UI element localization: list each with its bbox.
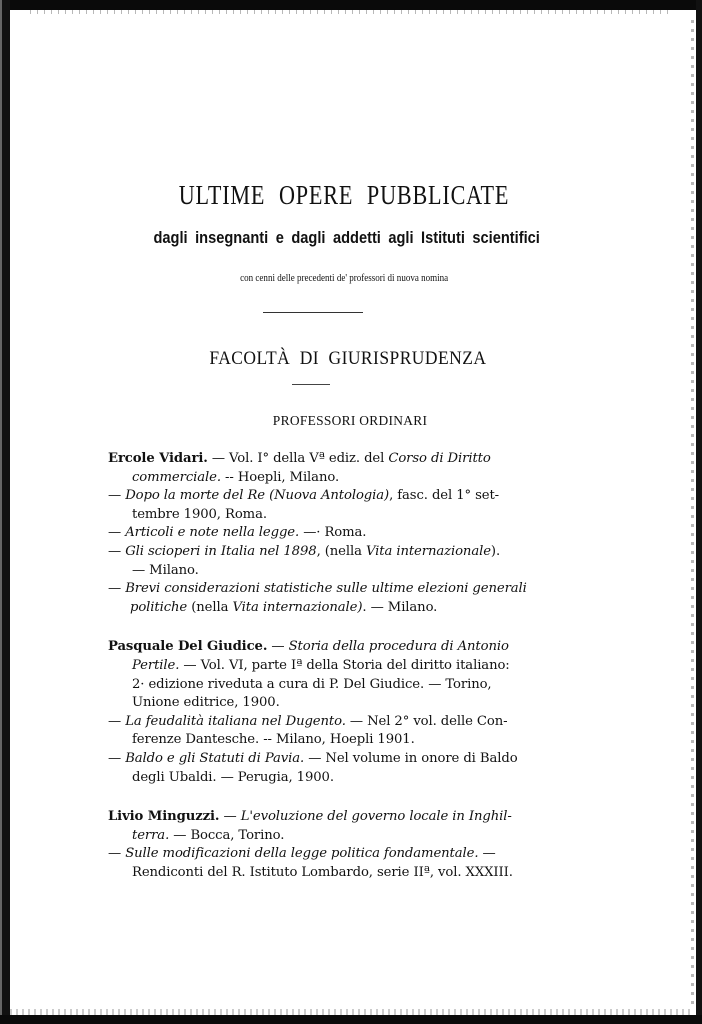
entry-line: 2· edizione riveduta a cura di P. Del Gi… [108, 676, 524, 695]
entry-line: — Brevi considerazioni statistiche sulle… [108, 580, 524, 599]
work-title: La feudalità italiana nel Dugento. [125, 714, 346, 729]
text-run: — [108, 525, 125, 540]
text-run: degli Ubaldi. — Perugia, 1900. [132, 770, 334, 785]
work-title: Dopo la morte del Re (Nuova Antologia) [125, 488, 389, 503]
entry-line: — La feudalità italiana nel Dugento. — N… [108, 713, 524, 732]
entry-line: — Milano. [108, 562, 524, 581]
text-run: — [267, 639, 288, 654]
text-run: (nella [187, 600, 232, 615]
scan-border-right [696, 0, 702, 1024]
divider-rule-short [292, 384, 330, 385]
entry-line: Pertile. — Vol. VI, parte Iª della Stori… [108, 657, 524, 676]
faculty-heading: FACOLTÀ DI GIURISPRUDENZA [25, 348, 671, 370]
text-run: , (nella [317, 544, 366, 559]
entry-line: ferenze Dantesche. -- Milano, Hoepli 190… [108, 731, 524, 750]
work-title: Brevi considerazioni statistiche sulle u… [125, 581, 527, 596]
text-run: — [108, 846, 125, 861]
scan-border-left [2, 0, 10, 1024]
text-run: . — Milano. [362, 600, 437, 615]
text-run: — [108, 581, 125, 596]
entry-line: Ercole Vidari. — Vol. I° della Vª ediz. … [108, 450, 524, 469]
author-name: Livio Minguzzi. [108, 809, 219, 824]
entry-line: Livio Minguzzi. — L'evoluzione del gover… [108, 808, 524, 827]
entry-line: tembre 1900, Roma. [108, 506, 524, 525]
entry-line: — Sulle modificazioni della legge politi… [108, 845, 524, 864]
text-run: —· Roma. [299, 525, 366, 540]
text-run: — Nel 2° vol. delle Con- [346, 714, 508, 729]
author-name: Ercole Vidari. [108, 451, 208, 466]
entry-line: — Gli scioperi in Italia nel 1898, (nell… [108, 543, 524, 562]
entry-line: — Articoli e note nella legge. —· Roma. [108, 524, 524, 543]
bibliography-entry: Pasquale Del Giudice. — Storia della pro… [108, 638, 524, 787]
entry-line: politiche (nella Vita internazionale). —… [108, 599, 524, 618]
page-subtitle: dagli insegnanti e dagli addetti agli Is… [45, 228, 649, 248]
page-subnote: con cenni delle precedenti de' professor… [56, 272, 632, 284]
journal-title: Vita internazionale) [232, 600, 362, 615]
text-run: — Vol. I° della Vª ediz. del [208, 451, 389, 466]
work-title: Pertile. [132, 658, 179, 673]
text-run: -- Hoepli, Milano. [221, 470, 339, 485]
text-run: ). [491, 544, 500, 559]
text-run: , fasc. del 1° set- [389, 488, 499, 503]
author-name: Pasquale Del Giudice. [108, 639, 267, 654]
text-run: ferenze Dantesche. -- Milano, Hoepli 190… [132, 732, 415, 747]
text-run: — [219, 809, 240, 824]
work-title: terra. [132, 828, 169, 843]
text-run: — Milano. [132, 563, 199, 578]
entry-line: Pasquale Del Giudice. — Storia della pro… [108, 638, 524, 657]
journal-title: Vita internazionale [366, 544, 491, 559]
text-run: — [108, 714, 125, 729]
bibliography-entry: Livio Minguzzi. — L'evoluzione del gover… [108, 808, 524, 882]
scan-border-top [0, 0, 702, 10]
text-run: Unione editrice, 1900. [132, 695, 280, 710]
text-run: — Vol. VI, parte Iª della Storia del dir… [179, 658, 509, 673]
text-run: — Bocca, Torino. [169, 828, 284, 843]
text-run: 2· edizione riveduta a cura di P. Del Gi… [132, 677, 492, 692]
text-run: — Nel volume in onore di Baldo [304, 751, 517, 766]
page-title: ULTIME OPERE PUBBLICATE [56, 180, 632, 211]
text-run: — [108, 751, 125, 766]
work-title: Sulle modificazioni della legge politica… [125, 846, 478, 861]
entry-line: — Baldo e gli Statuti di Pavia. — Nel vo… [108, 750, 524, 769]
text-run: — [108, 544, 125, 559]
scan-speckle-top [30, 10, 670, 14]
entry-line: commerciale. -- Hoepli, Milano. [108, 469, 524, 488]
work-title: commerciale. [132, 470, 221, 485]
bibliography-list: Ercole Vidari. — Vol. I° della Vª ediz. … [108, 450, 524, 903]
text-run: — [108, 488, 125, 503]
work-title: Gli scioperi in Italia nel 1898 [125, 544, 316, 559]
entry-line: Rendiconti del R. Istituto Lombardo, ser… [108, 864, 524, 883]
divider-rule [263, 312, 363, 313]
section-heading: PROFESSORI ORDINARI [13, 414, 687, 430]
entry-line: terra. — Bocca, Torino. [108, 827, 524, 846]
text-run: Rendiconti del R. Istituto Lombardo, ser… [132, 865, 513, 880]
work-title: Articoli e note nella legge. [125, 525, 299, 540]
work-title: Corso di Diritto [388, 451, 490, 466]
work-title: politiche [130, 600, 187, 615]
entry-line: — Dopo la morte del Re (Nuova Antologia)… [108, 487, 524, 506]
text-run: — [478, 846, 495, 861]
work-title: Baldo e gli Statuti di Pavia. [125, 751, 304, 766]
bibliography-entry: Ercole Vidari. — Vol. I° della Vª ediz. … [108, 450, 524, 617]
entry-line: degli Ubaldi. — Perugia, 1900. [108, 769, 524, 788]
work-title: L'evoluzione del governo locale in Inghi… [241, 809, 512, 824]
work-title: Storia della procedura di Antonio [289, 639, 509, 654]
entry-line: Unione editrice, 1900. [108, 694, 524, 713]
scan-border-bottom [0, 1015, 702, 1024]
scan-speckle-right [691, 20, 694, 1010]
text-run: tembre 1900, Roma. [132, 507, 267, 522]
